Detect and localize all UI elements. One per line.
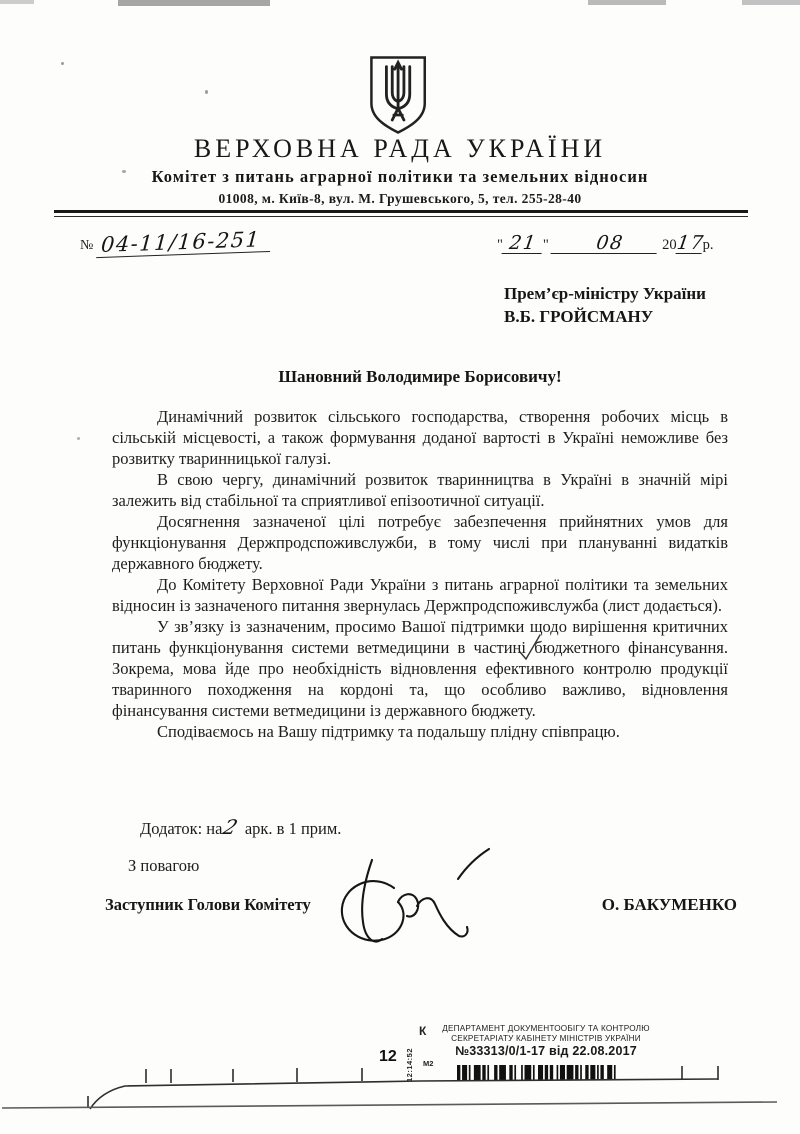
scan-smudge <box>0 0 34 4</box>
signer-position: Заступник Голови Комітету <box>105 895 311 915</box>
scan-speck <box>77 437 80 440</box>
bottom-scan-line <box>2 1102 777 1108</box>
date-year-handwritten: 17 <box>675 233 704 254</box>
letterhead-address: 01008, м. Київ-8, вул. М. Грушевського, … <box>0 191 800 207</box>
stamp-page-number: 12 <box>379 1048 397 1066</box>
scanned-letter-page: ВЕРХОВНА РАДА УКРАЇНИ Комітет з питань а… <box>0 0 800 1134</box>
stamp-copy-code: М2 <box>423 1059 433 1068</box>
signer-name: О. БАКУМЕНКО <box>500 895 737 915</box>
year-prefix: 20 <box>662 237 677 253</box>
organization-name: ВЕРХОВНА РАДА УКРАЇНИ <box>0 134 800 164</box>
emblem-trident <box>386 63 409 121</box>
barcode-bars <box>457 1065 616 1080</box>
date-month-handwritten: 08 <box>551 233 660 254</box>
body-paragraph: У зв’язку із зазначеним, просимо Вашої п… <box>112 616 728 721</box>
recipient-title: Прем’єр-міністру України <box>504 282 706 305</box>
ukraine-trident-emblem <box>366 55 430 135</box>
attachment-sheets-handwritten: 2 <box>219 815 245 839</box>
stamp-department: ДЕПАРТАМЕНТ ДОКУМЕНТООБІГУ ТА КОНТРОЛЮ С… <box>437 1024 655 1044</box>
scan-speck <box>61 62 64 65</box>
stamp-department-line1: ДЕПАРТАМЕНТ ДОКУМЕНТООБІГУ ТА КОНТРОЛЮ <box>437 1024 655 1034</box>
close-quote: " <box>543 237 549 253</box>
attachment-prefix: Додаток: на <box>140 819 222 838</box>
attachment-suffix: арк. в 1 прим. <box>245 819 342 838</box>
body-paragraph: Сподіваємось на Вашу підтримку та подаль… <box>112 721 728 742</box>
letterhead-rule-thick <box>54 210 748 213</box>
letterhead-rule-thin <box>54 216 748 217</box>
body-paragraph: Динамічний розвиток сільського господарс… <box>112 406 728 469</box>
outgoing-number-handwritten: 04-11/16-251 <box>96 227 271 258</box>
outgoing-number-row: № 04-11/16-251 <box>80 230 270 255</box>
recipient-block: Прем’єр-міністру України В.Б. ГРОЙСМАНУ <box>504 282 706 328</box>
recipient-name: В.Б. ГРОЙСМАНУ <box>504 305 706 328</box>
stamp-registration-number: №33313/0/1-17 від 22.08.2017 <box>437 1044 655 1058</box>
salutation: Шановний Володимире Борисовичу! <box>112 367 728 387</box>
bottom-ruler-artifact <box>88 1066 718 1109</box>
committee-name: Комітет з питань аграрної політики та зе… <box>0 167 800 187</box>
letter-body: Динамічний розвиток сільського господарс… <box>112 406 728 742</box>
signature <box>342 849 489 942</box>
scan-speck <box>205 90 208 94</box>
scan-smudge <box>588 0 666 5</box>
barcode <box>457 1065 619 1081</box>
attachment-line: Додаток: на2 арк. в 1 прим. <box>140 815 341 839</box>
date-row: "21" 08 2017р. <box>497 233 713 254</box>
stamp-department-line2: СЕКРЕТАРІАТУ КАБІНЕТУ МІНІСТРІВ УКРАЇНИ <box>437 1034 655 1044</box>
scan-smudge <box>742 0 800 5</box>
date-day-handwritten: 21 <box>501 233 544 254</box>
number-sign: № <box>80 238 93 253</box>
closing-regards: З повагою <box>128 856 199 876</box>
body-paragraph: Досягнення зазначеної цілі потребує забе… <box>112 511 728 574</box>
body-paragraph: До Комітету Верховної Ради України з пит… <box>112 574 728 616</box>
stamp-time-vertical: 12:14:52 <box>405 1048 414 1082</box>
stamp-index-letter: К <box>419 1024 426 1038</box>
body-paragraph: В свою чергу, динамічний розвиток тварин… <box>112 469 728 511</box>
scan-smudge <box>118 0 270 6</box>
